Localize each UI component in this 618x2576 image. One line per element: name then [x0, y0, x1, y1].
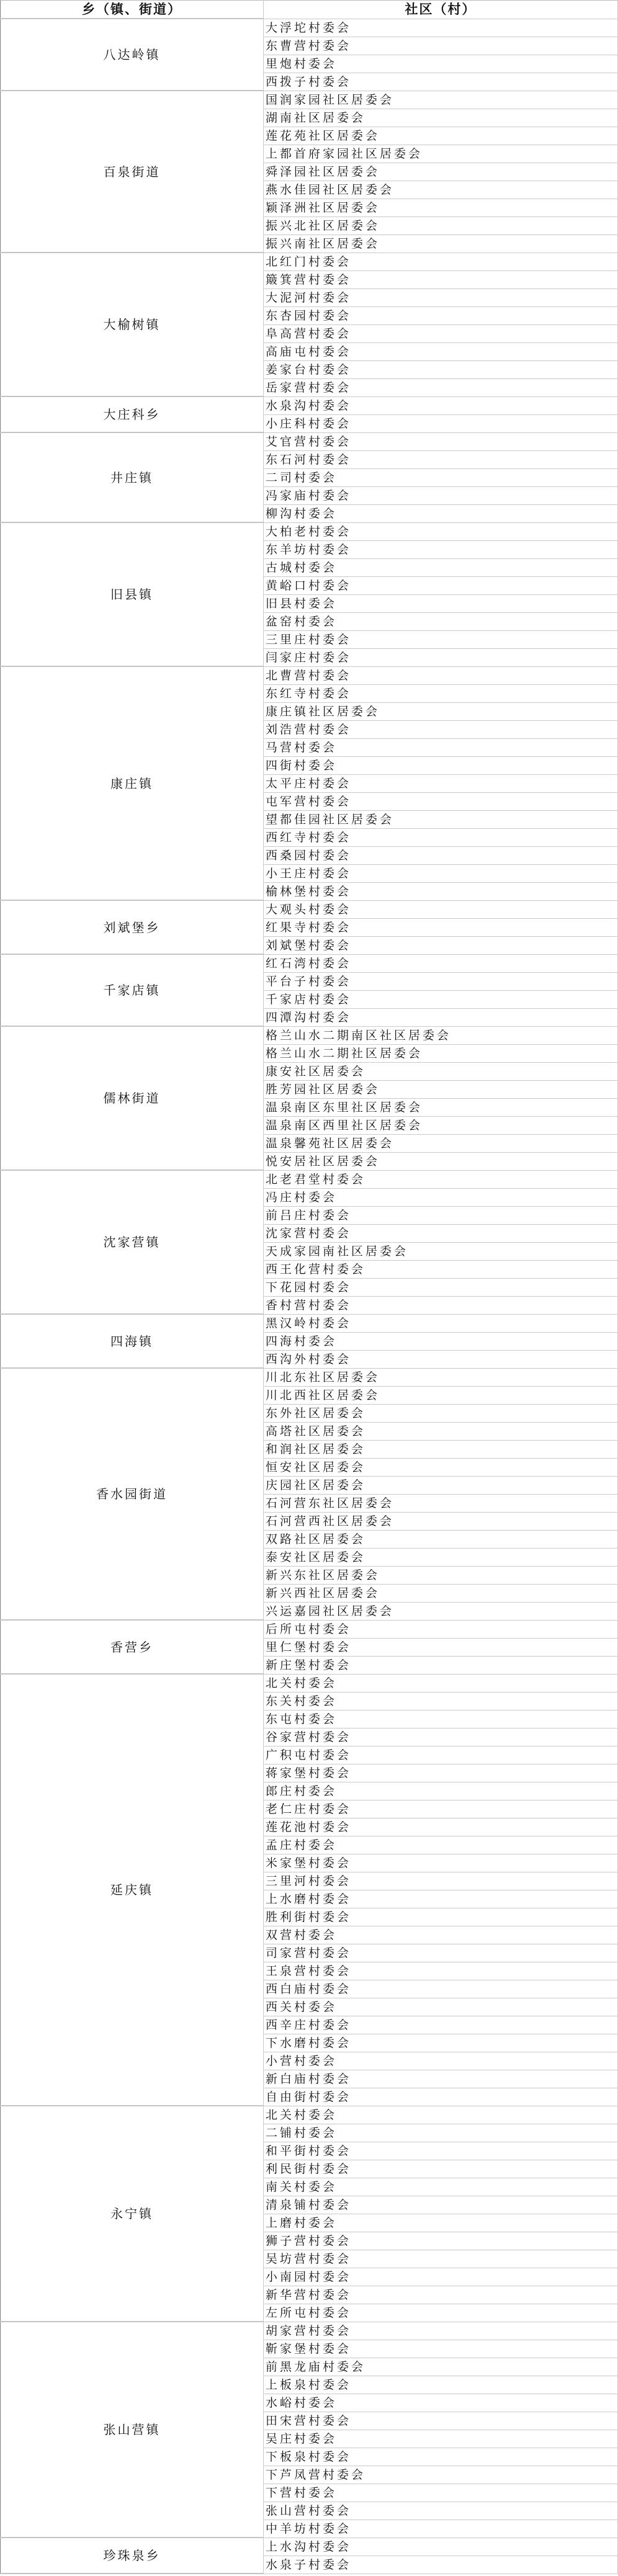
table-row: 儒林街道格兰山水二期南区社区居委会 — [1, 1026, 618, 1044]
township-community-table-sheet: 乡（镇、街道） 社区（村） 八达岭镇大浮坨村委会 东曹营村委会 里炮村委会 西拨… — [0, 0, 617, 2574]
community-cell: 二铺村委会 — [264, 2124, 618, 2142]
community-cell: 古城村委会 — [264, 558, 618, 576]
community-cell: 张山营村委会 — [264, 2502, 618, 2520]
community-cell: 谷家营村委会 — [264, 1728, 618, 1746]
community-cell: 高庙屯村委会 — [264, 342, 618, 360]
community-cell: 上水磨村委会 — [264, 1890, 618, 1908]
community-cell: 西沟外村委会 — [264, 1350, 618, 1368]
community-cell: 大观头村委会 — [264, 900, 618, 918]
table-row: 旧县镇大柏老村委会 — [1, 522, 618, 540]
community-cell: 北红门村委会 — [264, 253, 618, 271]
community-cell: 旧县村委会 — [264, 594, 618, 612]
community-cell: 盆窑村委会 — [264, 612, 618, 630]
community-cell: 靳家堡村委会 — [264, 2340, 618, 2358]
community-cell: 西王化营村委会 — [264, 1260, 618, 1278]
community-cell: 莲花苑社区居委会 — [264, 127, 618, 145]
community-cell: 东石河村委会 — [264, 450, 618, 468]
table-row: 康庄镇北曹营村委会 — [1, 666, 618, 684]
community-cell: 大柏老村委会 — [264, 522, 618, 540]
community-cell: 利民街村委会 — [264, 2160, 618, 2178]
community-cell: 颖泽洲社区居委会 — [264, 199, 618, 217]
community-cell: 刘浩营村委会 — [264, 720, 618, 738]
community-cell: 郎庄村委会 — [264, 1782, 618, 1800]
table-row: 张山营镇胡家营村委会 — [1, 2322, 618, 2340]
community-cell: 上磨村委会 — [264, 2214, 618, 2232]
table-row: 大榆树镇北红门村委会 — [1, 253, 618, 271]
community-cell: 中羊坊村委会 — [264, 2520, 618, 2538]
community-cell: 天成家园南社区居委会 — [264, 1242, 618, 1260]
community-cell: 莲花池村委会 — [264, 1818, 618, 1836]
community-cell: 下水磨村委会 — [264, 2034, 618, 2052]
community-cell: 千家店村委会 — [264, 990, 618, 1008]
community-cell: 清泉铺村委会 — [264, 2196, 618, 2214]
community-cell: 东屯村委会 — [264, 1710, 618, 1728]
township-cell: 刘斌堡乡 — [1, 900, 264, 954]
community-cell: 三里河村委会 — [264, 1872, 618, 1890]
township-cell: 大庄科乡 — [1, 396, 264, 432]
community-cell: 前黑龙庙村委会 — [264, 2358, 618, 2376]
community-cell: 石河营西社区居委会 — [264, 1512, 618, 1530]
community-cell: 四街村委会 — [264, 756, 618, 774]
community-cell: 双路社区居委会 — [264, 1530, 618, 1548]
table-row: 八达岭镇大浮坨村委会 — [1, 19, 618, 37]
community-cell: 冯庄村委会 — [264, 1188, 618, 1206]
community-cell: 孟庄村委会 — [264, 1836, 618, 1854]
community-cell: 兴运嘉园社区居委会 — [264, 1602, 618, 1620]
community-cell: 柳沟村委会 — [264, 504, 618, 522]
community-cell: 东曹营村委会 — [264, 37, 618, 55]
community-cell: 西桑园村委会 — [264, 846, 618, 864]
community-cell: 小营村委会 — [264, 2052, 618, 2070]
community-cell: 大泥河村委会 — [264, 288, 618, 306]
community-cell: 庆园社区居委会 — [264, 1476, 618, 1494]
community-cell: 里仁堡村委会 — [264, 1638, 618, 1656]
community-cell: 红石湾村委会 — [264, 954, 618, 972]
township-cell: 井庄镇 — [1, 432, 264, 522]
township-cell: 康庄镇 — [1, 666, 264, 900]
table-row: 沈家营镇北老君堂村委会 — [1, 1170, 618, 1188]
community-cell: 和平街村委会 — [264, 2142, 618, 2160]
community-cell: 小南园村委会 — [264, 2268, 618, 2286]
township-cell: 沈家营镇 — [1, 1170, 264, 1314]
community-cell: 岳家营村委会 — [264, 378, 618, 396]
township-cell: 四海镇 — [1, 1314, 264, 1368]
community-cell: 王泉营村委会 — [264, 1962, 618, 1980]
community-cell: 四海村委会 — [264, 1332, 618, 1350]
community-cell: 自由街村委会 — [264, 2088, 618, 2106]
community-cell: 西关村委会 — [264, 1998, 618, 2016]
column-header-community: 社区（村） — [264, 1, 618, 19]
community-cell: 振兴南社区居委会 — [264, 235, 618, 253]
community-cell: 刘斌堡村委会 — [264, 936, 618, 954]
community-cell: 艾官营村委会 — [264, 432, 618, 450]
community-cell: 南关村委会 — [264, 2178, 618, 2196]
community-cell: 小王庄村委会 — [264, 864, 618, 882]
community-cell: 西辛庄村委会 — [264, 2016, 618, 2034]
township-cell: 珍珠泉乡 — [1, 2538, 264, 2574]
table-body: 八达岭镇大浮坨村委会 东曹营村委会 里炮村委会 西拨子村委会 百泉街道国润家园社… — [1, 19, 618, 2574]
community-cell: 四潭沟村委会 — [264, 1008, 618, 1026]
community-cell: 吴坊营村委会 — [264, 2250, 618, 2268]
table-row: 四海镇黑汉岭村委会 — [1, 1314, 618, 1332]
township-cell: 百泉街道 — [1, 91, 264, 253]
community-cell: 狮子营村委会 — [264, 2232, 618, 2250]
community-cell: 恒安社区居委会 — [264, 1458, 618, 1476]
community-cell: 西红寺村委会 — [264, 828, 618, 846]
community-cell: 下板泉村委会 — [264, 2448, 618, 2466]
community-cell: 簸箕营村委会 — [264, 271, 618, 288]
township-cell: 旧县镇 — [1, 522, 264, 666]
community-cell: 下花园村委会 — [264, 1278, 618, 1296]
community-cell: 香村营村委会 — [264, 1296, 618, 1314]
community-cell: 水泉子村委会 — [264, 2556, 618, 2574]
community-cell: 格兰山水二期社区居委会 — [264, 1044, 618, 1062]
community-cell: 北关村委会 — [264, 2106, 618, 2124]
community-cell: 榆林堡村委会 — [264, 882, 618, 900]
community-cell: 北老君堂村委会 — [264, 1170, 618, 1188]
community-cell: 里炮村委会 — [264, 55, 618, 73]
community-cell: 泰安社区居委会 — [264, 1548, 618, 1566]
township-cell: 大榆树镇 — [1, 253, 264, 396]
community-cell: 东红寺村委会 — [264, 684, 618, 702]
township-cell: 儒林街道 — [1, 1026, 264, 1170]
table-row: 千家店镇红石湾村委会 — [1, 954, 618, 972]
community-cell: 双营村委会 — [264, 1926, 618, 1944]
header-row: 乡（镇、街道） 社区（村） — [1, 1, 618, 19]
community-cell: 胜利街村委会 — [264, 1908, 618, 1926]
township-community-table: 乡（镇、街道） 社区（村） 八达岭镇大浮坨村委会 东曹营村委会 里炮村委会 西拨… — [0, 0, 618, 2574]
community-cell: 东杏园村委会 — [264, 306, 618, 324]
community-cell: 冯家庙村委会 — [264, 486, 618, 504]
community-cell: 司家营村委会 — [264, 1944, 618, 1962]
community-cell: 高塔社区居委会 — [264, 1422, 618, 1440]
community-cell: 悦安居社区居委会 — [264, 1152, 618, 1170]
community-cell: 黄峪口村委会 — [264, 576, 618, 594]
community-cell: 西白庙村委会 — [264, 1980, 618, 1998]
community-cell: 湖南社区居委会 — [264, 109, 618, 127]
community-cell: 温泉南区西里社区居委会 — [264, 1116, 618, 1134]
township-cell: 延庆镇 — [1, 1674, 264, 2106]
community-cell: 左所屯村委会 — [264, 2304, 618, 2322]
table-row: 百泉街道国润家园社区居委会 — [1, 91, 618, 109]
community-cell: 格兰山水二期南区社区居委会 — [264, 1026, 618, 1044]
community-cell: 沈家营村委会 — [264, 1224, 618, 1242]
community-cell: 姜家台村委会 — [264, 360, 618, 378]
community-cell: 水峪村委会 — [264, 2394, 618, 2412]
community-cell: 太平庄村委会 — [264, 774, 618, 792]
community-cell: 康庄镇社区居委会 — [264, 702, 618, 720]
community-cell: 舜泽园社区居委会 — [264, 163, 618, 181]
community-cell: 东关村委会 — [264, 1692, 618, 1710]
table-row: 永宁镇北关村委会 — [1, 2106, 618, 2124]
township-cell: 八达岭镇 — [1, 19, 264, 91]
community-cell: 振兴北社区居委会 — [264, 217, 618, 235]
community-cell: 红果寺村委会 — [264, 918, 618, 936]
table-row: 珍珠泉乡上水沟村委会 — [1, 2538, 618, 2556]
township-cell: 香营乡 — [1, 1620, 264, 1674]
township-cell: 张山营镇 — [1, 2322, 264, 2538]
community-cell: 后所屯村委会 — [264, 1620, 618, 1638]
township-cell: 永宁镇 — [1, 2106, 264, 2322]
table-row: 香营乡后所屯村委会 — [1, 1620, 618, 1638]
community-cell: 二司村委会 — [264, 468, 618, 486]
community-cell: 老仁庄村委会 — [264, 1800, 618, 1818]
community-cell: 马营村委会 — [264, 738, 618, 756]
community-cell: 望都佳园社区居委会 — [264, 810, 618, 828]
community-cell: 川北西社区居委会 — [264, 1386, 618, 1404]
community-cell: 新庄堡村委会 — [264, 1656, 618, 1674]
community-cell: 田宋营村委会 — [264, 2412, 618, 2430]
community-cell: 北关村委会 — [264, 1674, 618, 1692]
community-cell: 北曹营村委会 — [264, 666, 618, 684]
community-cell: 胡家营村委会 — [264, 2322, 618, 2340]
table-row: 延庆镇北关村委会 — [1, 1674, 618, 1692]
community-cell: 胜芳园社区居委会 — [264, 1080, 618, 1098]
community-cell: 平台子村委会 — [264, 972, 618, 990]
community-cell: 川北东社区居委会 — [264, 1368, 618, 1386]
community-cell: 温泉南区东里社区居委会 — [264, 1098, 618, 1116]
community-cell: 小庄科村委会 — [264, 414, 618, 432]
community-cell: 温泉馨苑社区居委会 — [264, 1134, 618, 1152]
community-cell: 广积屯村委会 — [264, 1746, 618, 1764]
community-cell: 下芦凤营村委会 — [264, 2466, 618, 2484]
community-cell: 闫家庄村委会 — [264, 648, 618, 666]
table-row: 大庄科乡水泉沟村委会 — [1, 396, 618, 414]
table-row: 井庄镇艾官营村委会 — [1, 432, 618, 450]
community-cell: 上板泉村委会 — [264, 2376, 618, 2394]
community-cell: 燕水佳园社区居委会 — [264, 181, 618, 199]
community-cell: 康安社区居委会 — [264, 1062, 618, 1080]
table-row: 香水园街道川北东社区居委会 — [1, 1368, 618, 1386]
community-cell: 黑汉岭村委会 — [264, 1314, 618, 1332]
township-cell: 香水园街道 — [1, 1368, 264, 1620]
community-cell: 蒋家堡村委会 — [264, 1764, 618, 1782]
community-cell: 前吕庄村委会 — [264, 1206, 618, 1224]
community-cell: 米家堡村委会 — [264, 1854, 618, 1872]
community-cell: 国润家园社区居委会 — [264, 91, 618, 109]
community-cell: 阜高营村委会 — [264, 324, 618, 342]
community-cell: 下营村委会 — [264, 2484, 618, 2502]
table-row: 刘斌堡乡大观头村委会 — [1, 900, 618, 918]
community-cell: 屯军营村委会 — [264, 792, 618, 810]
community-cell: 三里庄村委会 — [264, 630, 618, 648]
community-cell: 石河营东社区居委会 — [264, 1494, 618, 1512]
township-cell: 千家店镇 — [1, 954, 264, 1026]
community-cell: 新兴西社区居委会 — [264, 1584, 618, 1602]
column-header-township: 乡（镇、街道） — [1, 1, 264, 19]
community-cell: 大浮坨村委会 — [264, 19, 618, 37]
table-header: 乡（镇、街道） 社区（村） — [1, 1, 618, 19]
community-cell: 水泉沟村委会 — [264, 396, 618, 414]
community-cell: 和润社区居委会 — [264, 1440, 618, 1458]
community-cell: 东羊坊村委会 — [264, 540, 618, 558]
community-cell: 吴庄村委会 — [264, 2430, 618, 2448]
community-cell: 西拨子村委会 — [264, 73, 618, 91]
community-cell: 新兴东社区居委会 — [264, 1566, 618, 1584]
community-cell: 上水沟村委会 — [264, 2538, 618, 2556]
community-cell: 新白庙村委会 — [264, 2070, 618, 2088]
community-cell: 新华营村委会 — [264, 2286, 618, 2304]
community-cell: 东外社区居委会 — [264, 1404, 618, 1422]
community-cell: 上都首府家园社区居委会 — [264, 145, 618, 163]
